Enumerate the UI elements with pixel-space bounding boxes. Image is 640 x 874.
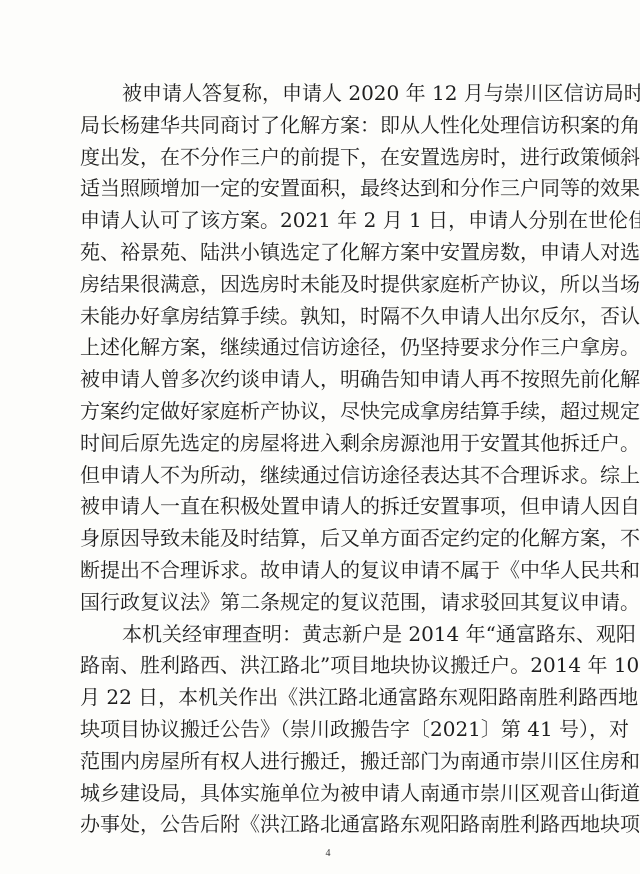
paragraph-line: 方案约定做好家庭析产协议，尽快完成拿房结算手续，超过规定	[80, 396, 574, 428]
paragraph-line: 被申请人答复称，申请人 2020 年 12 月与崇川区信访局时任	[80, 78, 574, 110]
paragraph-line: 城乡建设局，具体实施单位为被申请人南通市崇川区观音山街道	[80, 778, 574, 810]
paragraph-line: 身原因导致未能及时结算，后又单方面否定约定的化解方案，不	[80, 523, 574, 555]
paragraph-line: 时间后原先选定的房屋将进入剩余房源池用于安置其他拆迁户。	[80, 428, 574, 460]
body-text: 被申请人答复称，申请人 2020 年 12 月与崇川区信访局时任 局长杨建华共同…	[80, 78, 574, 841]
paragraph-line: 房结果很满意，因选房时未能及时提供家庭析产协议，所以当场	[80, 269, 574, 301]
paragraph-line: 被申请人曾多次约谈申请人，明确告知申请人再不按照先前化解	[80, 364, 574, 396]
paragraph-line: 被申请人一直在积极处置申请人的拆迁安置事项，但申请人因自	[80, 491, 574, 523]
paragraph-line: 但申请人不为所动，继续通过信访途径表达其不合理诉求。综上，	[80, 460, 574, 492]
paragraph-line: 范围内房屋所有权人进行搬迁，搬迁部门为南通市崇川区住房和	[80, 746, 574, 778]
paragraph-line: 断提出不合理诉求。故申请人的复议申请不属于《中华人民共和	[80, 555, 574, 587]
paragraph-line: 度出发，在不分作三户的前提下，在安置选房时，进行政策倾斜，	[80, 142, 574, 174]
paragraph-line: 局长杨建华共同商讨了化解方案：即从人性化处理信访积案的角	[80, 110, 574, 142]
paragraph-line: 路南、胜利路西、洪江路北”项目地块协议搬迁户。2014 年 10	[80, 650, 574, 682]
paragraph-line: 办事处，公告后附《洪江路北通富路东观阳路南胜利路西地块项	[80, 809, 574, 841]
paragraph-line: 适当照顾增加一定的安置面积，最终达到和分作三户同等的效果，	[80, 173, 574, 205]
paragraph-line: 苑、裕景苑、陆洪小镇选定了化解方案中安置房数，申请人对选	[80, 237, 574, 269]
paragraph-line: 未能办好拿房结算手续。孰知，时隔不久申请人出尔反尔，否认	[80, 301, 574, 333]
paragraph-line: 国行政复议法》第二条规定的复议范围，请求驳回其复议申请。	[80, 587, 574, 619]
paragraph-line: 块项目协议搬迁公告》（崇川政搬告字〔2021〕第 41 号），对	[80, 714, 574, 746]
paragraph-line: 上述化解方案，继续通过信访途径，仍坚持要求分作三户拿房。	[80, 332, 574, 364]
paragraph-line: 申请人认可了该方案。2021 年 2 月 1 日，申请人分别在世伦佳	[80, 205, 574, 237]
paragraph-line: 月 22 日，本机关作出《洪江路北通富路东观阳路南胜利路西地	[80, 682, 574, 714]
paragraph-line: 本机关经审理查明：黄志新户是 2014 年“通富路东、观阳	[80, 619, 574, 651]
page-number: 4	[320, 848, 336, 859]
document-page: 被申请人答复称，申请人 2020 年 12 月与崇川区信访局时任 局长杨建华共同…	[0, 0, 640, 874]
